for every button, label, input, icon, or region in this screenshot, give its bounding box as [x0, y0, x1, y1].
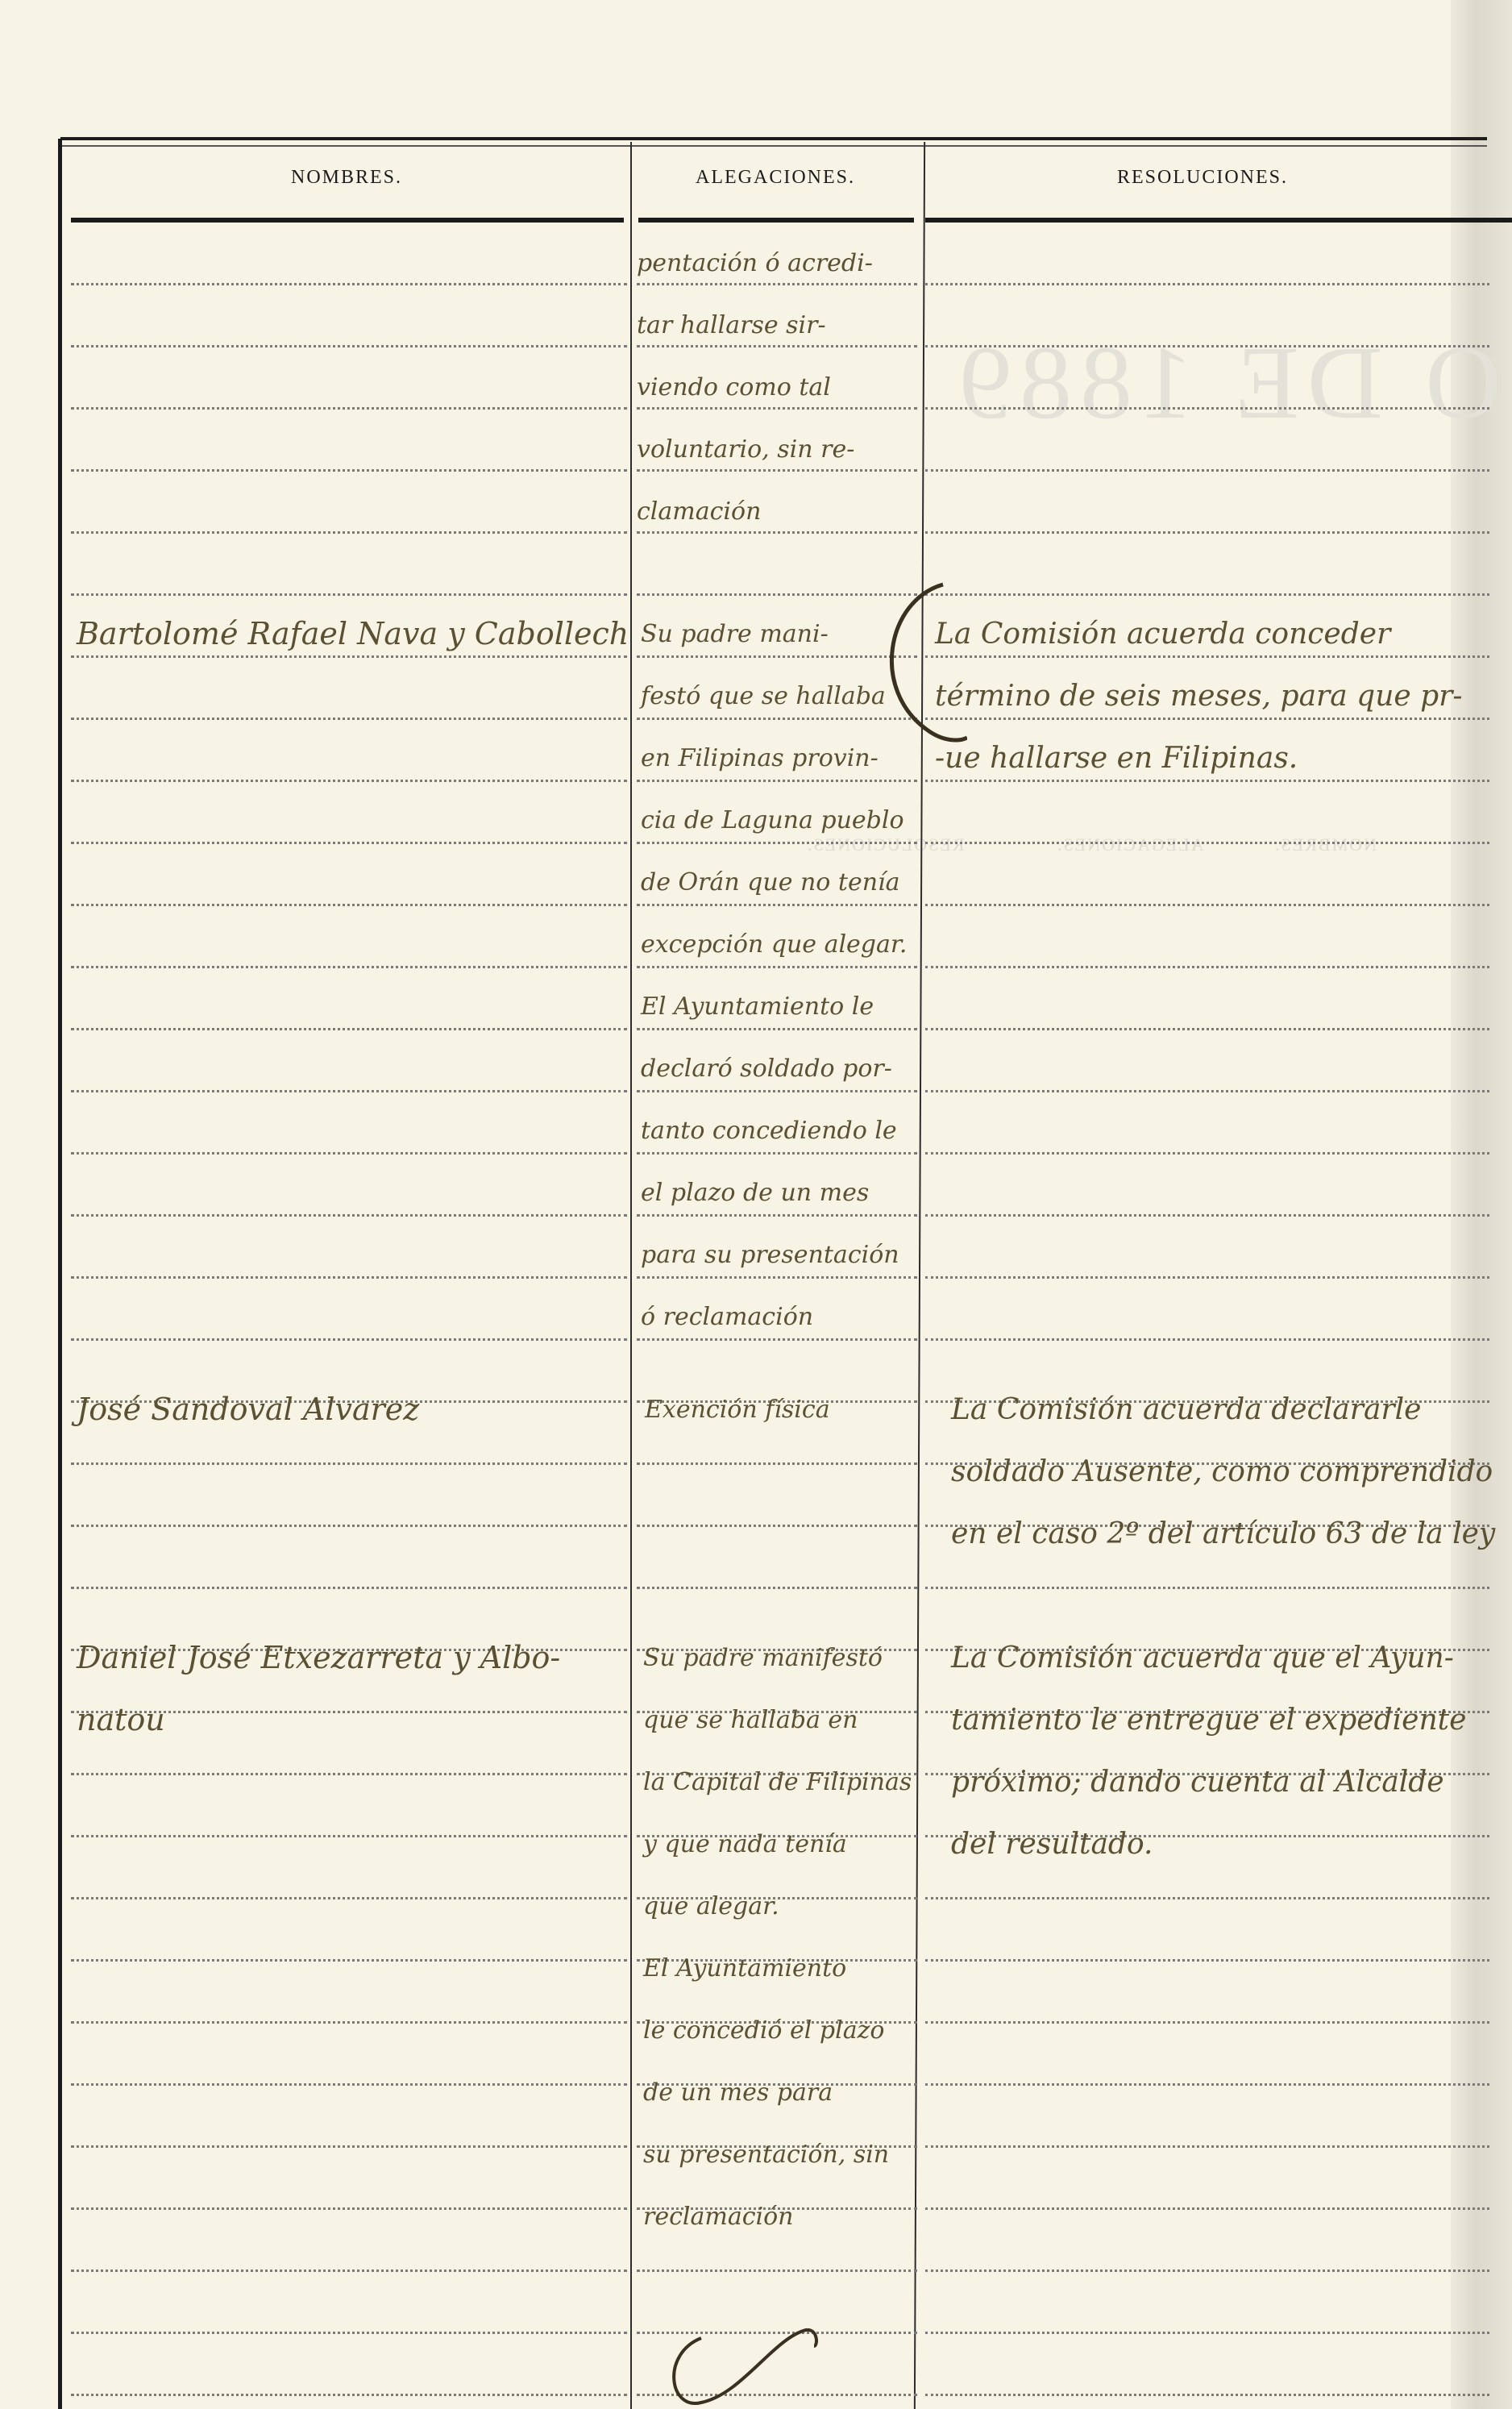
handwritten-line: Exención física — [645, 1379, 830, 1441]
ruled-line — [925, 407, 1489, 410]
ruled-line — [925, 2083, 1489, 2086]
handwritten-line: Bartolomé Rafael Nava y Cabollech — [77, 603, 629, 665]
ink-flourish-bottom — [669, 2322, 830, 2409]
handwritten-line: soldado Ausente, como comprendido — [951, 1441, 1495, 1503]
handwritten-line: voluntario, sin re- — [637, 418, 873, 481]
handwritten-line: tanto concediendo le — [641, 1100, 907, 1162]
ruled-line — [925, 283, 1489, 285]
handwritten-line: para su presentación — [641, 1224, 907, 1286]
handwritten-line: -ue hallarse en Filipinas. — [935, 727, 1463, 789]
ruled-line — [71, 1338, 627, 1341]
ruled-line — [925, 2021, 1489, 2024]
entry-1-resoluciones: La Comisión acuerda concedertérmino de s… — [935, 603, 1463, 789]
ruled-line — [71, 1276, 627, 1279]
ruled-line — [925, 1028, 1489, 1030]
header-nombres: NOMBRES. — [63, 157, 630, 198]
handwritten-line: ó reclamación — [641, 1286, 907, 1348]
entry-3-resoluciones: La Comisión acuerda que el Ayun-tamiento… — [951, 1627, 1466, 1875]
ruled-line — [71, 718, 627, 720]
header-bottom-rule-1 — [71, 218, 624, 223]
ruled-line — [71, 904, 627, 906]
handwritten-line: el plazo de un mes — [641, 1162, 907, 1224]
handwritten-line: pentación ó acredi- — [637, 232, 873, 294]
ruled-line — [71, 2021, 627, 2024]
entry-2-name: José Sandoval Alvarez — [77, 1379, 419, 1441]
ruled-line — [925, 1587, 1489, 1589]
column-divider-alegaciones — [914, 142, 925, 2409]
ruled-line — [71, 1773, 627, 1775]
ruled-line — [925, 2145, 1489, 2148]
header-resoluciones: RESOLUCIONES. — [920, 157, 1485, 198]
ruled-line — [925, 531, 1489, 534]
handwritten-line: en el caso 2º del artículo 63 de la ley — [951, 1503, 1495, 1565]
ruled-line — [925, 2332, 1489, 2334]
entry-2-resoluciones: La Comisión acuerda declararlesoldado Au… — [951, 1379, 1495, 1565]
ruled-line — [925, 345, 1489, 347]
handwritten-line: clamación — [637, 481, 873, 543]
entry-0-alegaciones: pentación ó acredi-tar hallarse sir-vien… — [637, 232, 873, 543]
ruled-line — [71, 1152, 627, 1155]
ruled-line — [71, 593, 627, 596]
handwritten-line: la Capital de Filipinas — [643, 1751, 912, 1813]
handwritten-line: La Comisión acuerda declararle — [951, 1379, 1495, 1441]
ruled-line — [925, 1276, 1489, 1279]
handwritten-line: de un mes para — [643, 2062, 912, 2124]
ruled-line — [71, 1462, 627, 1465]
ruled-line — [925, 1152, 1489, 1155]
ruled-line — [71, 407, 627, 410]
handwritten-line: Su padre manifestó — [643, 1627, 912, 1689]
ruled-line — [71, 283, 627, 285]
handwritten-line: La Comisión acuerda que el Ayun- — [951, 1627, 1466, 1689]
ruled-line — [637, 1462, 917, 1465]
header-alegaciones: ALEGACIONES. — [632, 157, 919, 198]
ruled-line — [925, 1959, 1489, 1962]
handwritten-line: excepción que alegar. — [641, 913, 907, 976]
table-left-border — [58, 139, 62, 2409]
handwritten-line: José Sandoval Alvarez — [77, 1379, 419, 1441]
handwritten-line: tamiento le entregue el expediente — [951, 1689, 1466, 1751]
handwritten-line: declaró soldado por- — [641, 1038, 907, 1100]
entry-2-alegaciones: Exención física — [645, 1379, 830, 1441]
ruled-line — [71, 531, 627, 534]
handwritten-line: del resultado. — [951, 1813, 1466, 1875]
ruled-line — [71, 1587, 627, 1589]
handwritten-line: natou — [77, 1689, 560, 1751]
ruled-line — [925, 1338, 1489, 1341]
column-divider-names — [630, 142, 632, 2409]
ruled-line — [925, 2394, 1489, 2396]
handwritten-line: reclamación — [643, 2186, 912, 2248]
ruled-line — [71, 1959, 627, 1962]
ruled-line — [71, 2083, 627, 2086]
ruled-line — [71, 966, 627, 968]
handwritten-line: de Orán que no tenía — [641, 851, 907, 913]
handwritten-line: Daniel José Etxezarreta y Albo- — [77, 1627, 560, 1689]
handwritten-line: que se hallaba en — [643, 1689, 912, 1751]
ruled-line — [71, 1090, 627, 1092]
ruled-line — [71, 842, 627, 844]
ruled-line — [925, 2270, 1489, 2272]
bleed-through-title: REEMPLAZO DE 1889 — [951, 322, 1512, 443]
handwritten-line: viendo como tal — [637, 356, 873, 418]
ruled-line — [637, 2270, 917, 2272]
ruled-line — [71, 345, 627, 347]
ruled-line — [925, 1090, 1489, 1092]
ruled-line — [925, 904, 1489, 906]
ruled-line — [637, 1525, 917, 1527]
ruled-line — [71, 469, 627, 472]
header-bottom-rule-2 — [638, 218, 914, 223]
header-bottom-rule-3 — [925, 218, 1512, 223]
handwritten-line: su presentación, sin — [643, 2124, 912, 2186]
ruled-line — [925, 2207, 1489, 2210]
bleed-through-header-2: ALEGACIONES. — [1056, 834, 1204, 855]
ruled-line — [925, 1897, 1489, 1899]
ruled-line — [71, 2145, 627, 2148]
handwritten-line: tar hallarse sir- — [637, 294, 873, 356]
ruled-line — [71, 780, 627, 782]
handwritten-line: y que nada tenía — [643, 1813, 912, 1875]
table-top-rule — [60, 137, 1487, 147]
ruled-line — [71, 2207, 627, 2210]
ruled-line — [71, 2270, 627, 2272]
bleed-through-header-3: NOMBRES. — [1273, 834, 1377, 855]
ruled-line — [71, 1897, 627, 1899]
handwritten-line: próximo; dando cuenta al Alcalde — [951, 1751, 1466, 1813]
handwritten-line: El Ayuntamiento le — [641, 976, 907, 1038]
entry-3-alegaciones: Su padre manifestóque se hallaba enla Ca… — [643, 1627, 912, 2248]
ruled-line — [71, 2332, 627, 2334]
ink-flourish-c — [854, 576, 967, 802]
handwritten-line: término de seis meses, para que pr- — [935, 665, 1463, 727]
ruled-line — [71, 1525, 627, 1527]
handwritten-line: La Comisión acuerda conceder — [935, 603, 1463, 665]
handwritten-line: le concedió el plazo — [643, 1999, 912, 2062]
ruled-line — [925, 593, 1489, 596]
ruled-line — [925, 966, 1489, 968]
entry-1-name: Bartolomé Rafael Nava y Cabollech — [77, 603, 629, 665]
ruled-line — [71, 2394, 627, 2396]
handwritten-line: que alegar. — [643, 1875, 912, 1937]
ruled-line — [925, 1214, 1489, 1217]
ruled-line — [71, 1214, 627, 1217]
ruled-line — [637, 1587, 917, 1589]
ruled-line — [925, 469, 1489, 472]
handwritten-line: El Ayuntamiento — [643, 1937, 912, 1999]
ruled-line — [71, 1835, 627, 1837]
entry-3-name: Daniel José Etxezarreta y Albo-natou — [77, 1627, 560, 1751]
ruled-line — [71, 1028, 627, 1030]
ruled-line — [925, 842, 1489, 844]
